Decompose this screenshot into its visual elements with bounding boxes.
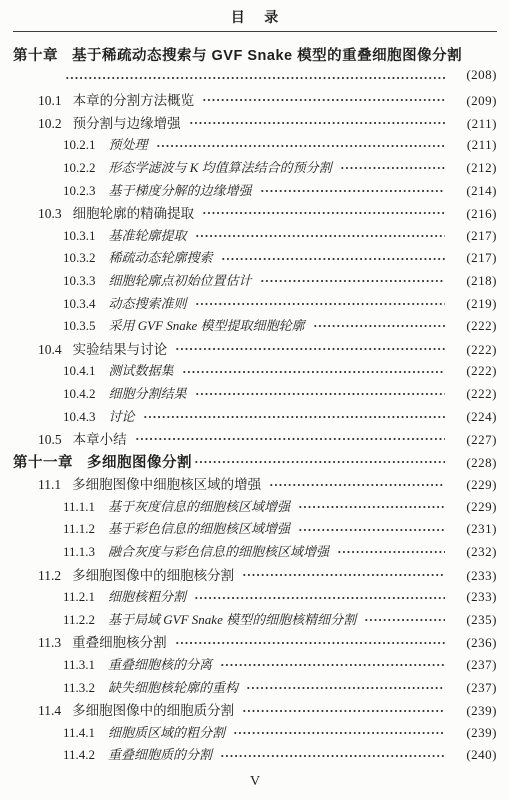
dot-leader	[364, 615, 445, 625]
entry-page-number: (211)	[451, 116, 497, 132]
toc-entry: 11.1多细胞图像中细胞核区域的增强(229)	[13, 473, 497, 496]
entry-title: 基于稀疏动态搜索与 GVF Snake 模型的重叠细胞图像分割	[72, 44, 462, 65]
toc-entry: 11.3.1重叠细胞核的分离(237)	[13, 654, 497, 677]
entry-page-number: (222)	[451, 386, 497, 402]
dot-leader	[195, 389, 445, 399]
entry-title: 重叠细胞核的分离	[108, 654, 212, 673]
entry-page-number: (227)	[451, 432, 497, 448]
dot-leader	[195, 231, 445, 241]
toc-entry: 11.3重叠细胞核分割(236)	[13, 631, 497, 654]
entry-title: 基于彩色信息的细胞核区域增强	[108, 518, 290, 537]
entry-title: 采用 GVF Snake 模型提取细胞轮廓	[109, 315, 305, 334]
dot-leader	[298, 502, 445, 512]
entry-page-number: (233)	[451, 568, 497, 584]
entry-page-number: (217)	[451, 250, 497, 266]
entry-number: 10.5	[38, 432, 62, 448]
toc-chapter-entry: 第十一章多细胞图像分割(228)	[13, 451, 497, 474]
entry-title: 稀疏动态轮廓搜索	[109, 247, 213, 266]
entry-number: 11.4.1	[63, 725, 95, 741]
entry-page-number: (237)	[451, 657, 497, 673]
dot-leader	[194, 593, 445, 603]
entry-number: 11.1.3	[63, 544, 95, 560]
toc-entry: 10.4实验结果与讨论(222)	[13, 338, 497, 361]
toc-entry: 10.2.3基于梯度分解的边缘增强(214)	[13, 180, 497, 203]
entry-title: 重叠细胞核分割	[72, 631, 167, 651]
toc-entry: 11.4多细胞图像中的细胞质分割(239)	[13, 699, 497, 722]
entry-number: 10.3.4	[63, 296, 96, 312]
toc-entry: 10.2.2形态学滤波与 K 均值算法结合的预分割(212)	[13, 157, 497, 180]
entry-number: 10.2	[38, 116, 62, 132]
dot-leader	[242, 570, 445, 580]
entry-number: 11.4.2	[63, 747, 95, 763]
entry-number: 11.4	[38, 703, 61, 719]
entry-page-number: (232)	[451, 544, 497, 560]
entry-number: 11.2.2	[63, 612, 95, 628]
entry-title: 形态学滤波与 K 均值算法结合的预分割	[109, 157, 332, 176]
toc-entry: 10.3.2稀疏动态轮廓搜索(217)	[13, 247, 497, 270]
entry-title: 细胞质区域的粗分割	[108, 722, 225, 741]
entry-page-number: (236)	[451, 635, 497, 651]
entry-page-number: (239)	[451, 703, 497, 719]
entry-page-number: (235)	[451, 612, 497, 628]
entry-title: 重叠细胞质的分割	[108, 744, 212, 763]
entry-title: 多细胞图像中的细胞核分割	[72, 564, 234, 584]
toc-entry: 11.2.1细胞核粗分割(233)	[13, 586, 497, 609]
entry-page-number: (237)	[451, 680, 497, 696]
entry-number: 11.3.1	[63, 657, 95, 673]
dot-leader	[221, 254, 445, 264]
entry-page-number: (222)	[451, 342, 497, 358]
dot-leader	[156, 141, 445, 151]
entry-title: 本章小结	[73, 428, 127, 448]
toc-entry: 10.4.3讨论(224)	[13, 406, 497, 429]
page-title: 目 录	[0, 0, 510, 28]
entry-number: 10.3.3	[63, 273, 96, 289]
entry-page-number: (229)	[451, 477, 497, 493]
toc-entry: 10.3.4动态搜索准则(219)	[13, 293, 497, 316]
entry-title: 动态搜索准则	[109, 293, 187, 312]
dot-leader	[337, 547, 445, 557]
entry-page-number: (209)	[451, 93, 497, 109]
entry-page-number: (219)	[451, 296, 497, 312]
dot-leader	[220, 660, 445, 670]
entry-page-number: (222)	[451, 318, 497, 334]
entry-title: 细胞轮廓点初始位置估计	[109, 270, 252, 289]
entry-title: 实验结果与讨论	[73, 338, 168, 358]
entry-title: 细胞轮廓的精确提取	[73, 202, 195, 222]
folio-page-number: V	[0, 773, 510, 791]
entry-title: 基于灰度信息的细胞核区域增强	[108, 496, 290, 515]
dot-leader	[143, 412, 445, 422]
toc-entry: 10.4.1测试数据集(222)	[13, 360, 497, 383]
entry-number: 11.3	[38, 635, 61, 651]
toc-entry: 11.3.2缺失细胞核轮廓的重构(237)	[13, 677, 497, 700]
entry-title: 细胞核粗分割	[108, 586, 186, 605]
entry-number: 10.2.3	[63, 183, 96, 199]
entry-number: 10.4.1	[63, 363, 96, 379]
dot-leader	[340, 163, 445, 173]
entry-number: 第十章	[13, 44, 58, 65]
entry-number: 10.3.1	[63, 228, 96, 244]
toc-entry: 10.3.5采用 GVF Snake 模型提取细胞轮廓(222)	[13, 315, 497, 338]
entry-number: 第十一章	[13, 451, 73, 472]
toc-entry: 11.1.1基于灰度信息的细胞核区域增强(229)	[13, 496, 497, 519]
entry-title: 缺失细胞核轮廓的重构	[108, 677, 238, 696]
toc-entry: 10.4.2细胞分割结果(222)	[13, 383, 497, 406]
toc-entry: 10.2预分割与边缘增强(211)	[13, 112, 497, 135]
dot-leader	[182, 367, 445, 377]
entry-number: 11.2	[38, 568, 61, 584]
toc-entry: 11.2多细胞图像中的细胞核分割(233)	[13, 564, 497, 587]
entry-number: 10.3.5	[63, 318, 96, 334]
toc-entry: 10.1本章的分割方法概览(209)	[13, 89, 497, 112]
entry-title: 多细胞图像中的细胞质分割	[72, 699, 234, 719]
toc-entry: 11.4.1细胞质区域的粗分割(239)	[13, 722, 497, 745]
entry-number: 10.2.1	[63, 137, 96, 153]
entry-number: 10.4	[38, 342, 62, 358]
entry-number: 11.1.1	[63, 499, 95, 515]
entry-title: 多细胞图像中细胞核区域的增强	[72, 473, 261, 493]
dot-leader	[65, 73, 445, 83]
dot-leader	[233, 728, 445, 738]
entry-number: 10.1	[38, 93, 62, 109]
entry-title: 多细胞图像分割	[87, 451, 192, 472]
entry-title: 本章的分割方法概览	[73, 89, 195, 109]
dot-leader	[246, 683, 445, 693]
entry-title: 讨论	[109, 406, 135, 425]
entry-page-number: (224)	[451, 409, 497, 425]
entry-title: 预分割与边缘增强	[73, 112, 181, 132]
toc-entry: 10.3.3细胞轮廓点初始位置估计(218)	[13, 270, 497, 293]
toc-entry: 11.1.2基于彩色信息的细胞核区域增强(231)	[13, 518, 497, 541]
dot-leader	[175, 344, 445, 354]
entry-page-number: (239)	[451, 725, 497, 741]
toc-entry: 10.3细胞轮廓的精确提取(216)	[13, 202, 497, 225]
dot-leader	[175, 638, 445, 648]
entry-number: 11.3.2	[63, 680, 95, 696]
toc-entry: 10.5本章小结(227)	[13, 428, 497, 451]
dot-leader	[220, 751, 445, 761]
entry-number: 10.4.3	[63, 409, 96, 425]
toc-entry: 11.4.2重叠细胞质的分割(240)	[13, 744, 497, 767]
entry-page-number: (218)	[451, 273, 497, 289]
entry-number: 11.1	[38, 477, 61, 493]
entry-page-number: (216)	[451, 206, 497, 222]
toc-list: 第十章基于稀疏动态搜索与 GVF Snake 模型的重叠细胞图像分割(208)1…	[0, 32, 510, 767]
dot-leader	[269, 480, 445, 490]
entry-title: 基于局域 GVF Snake 模型的细胞核精细分割	[108, 609, 356, 628]
entry-page-number: (233)	[451, 589, 497, 605]
dot-leader	[135, 434, 445, 444]
entry-number: 10.3.2	[63, 250, 96, 266]
entry-number: 10.4.2	[63, 386, 96, 402]
entry-page-number: (228)	[451, 455, 497, 471]
entry-title: 基准轮廓提取	[109, 225, 187, 244]
entry-title: 预处理	[109, 134, 148, 153]
dot-leader	[298, 525, 445, 535]
dot-leader	[194, 457, 445, 467]
toc-entry: 11.2.2基于局域 GVF Snake 模型的细胞核精细分割(235)	[13, 609, 497, 632]
entry-page-number: (231)	[451, 521, 497, 537]
dot-leader	[242, 706, 445, 716]
entry-number: 10.3	[38, 206, 62, 222]
entry-page-number: (214)	[451, 183, 497, 199]
toc-entry: 11.1.3融合灰度与彩色信息的细胞核区域增强(232)	[13, 541, 497, 564]
toc-chapter-entry: 第十章基于稀疏动态搜索与 GVF Snake 模型的重叠细胞图像分割	[13, 44, 497, 67]
dot-leader	[313, 321, 445, 331]
entry-title: 融合灰度与彩色信息的细胞核区域增强	[108, 541, 329, 560]
entry-page-number: (217)	[451, 228, 497, 244]
toc-entry: 10.2.1预处理(211)	[13, 134, 497, 157]
entry-page-number: (240)	[451, 747, 497, 763]
toc-entry: 10.3.1基准轮廓提取(217)	[13, 225, 497, 248]
entry-number: 11.2.1	[63, 589, 95, 605]
dot-leader	[202, 208, 445, 218]
entry-page-number: (211)	[451, 137, 497, 153]
entry-title: 测试数据集	[109, 360, 174, 379]
toc-page: 目 录 第十章基于稀疏动态搜索与 GVF Snake 模型的重叠细胞图像分割(2…	[0, 0, 510, 800]
entry-page-number: (222)	[451, 363, 497, 379]
dot-leader	[189, 118, 445, 128]
dot-leader	[202, 95, 445, 105]
dot-leader	[260, 186, 445, 196]
entry-number: 10.2.2	[63, 160, 96, 176]
entry-number: 11.1.2	[63, 521, 95, 537]
entry-page-number: (229)	[451, 499, 497, 515]
toc-chapter-entry-continuation: (208)	[13, 67, 497, 90]
dot-leader	[195, 299, 445, 309]
dot-leader	[260, 276, 445, 286]
entry-title: 基于梯度分解的边缘增强	[109, 180, 252, 199]
entry-page-number: (208)	[451, 67, 497, 83]
entry-page-number: (212)	[451, 160, 497, 176]
entry-title: 细胞分割结果	[109, 383, 187, 402]
